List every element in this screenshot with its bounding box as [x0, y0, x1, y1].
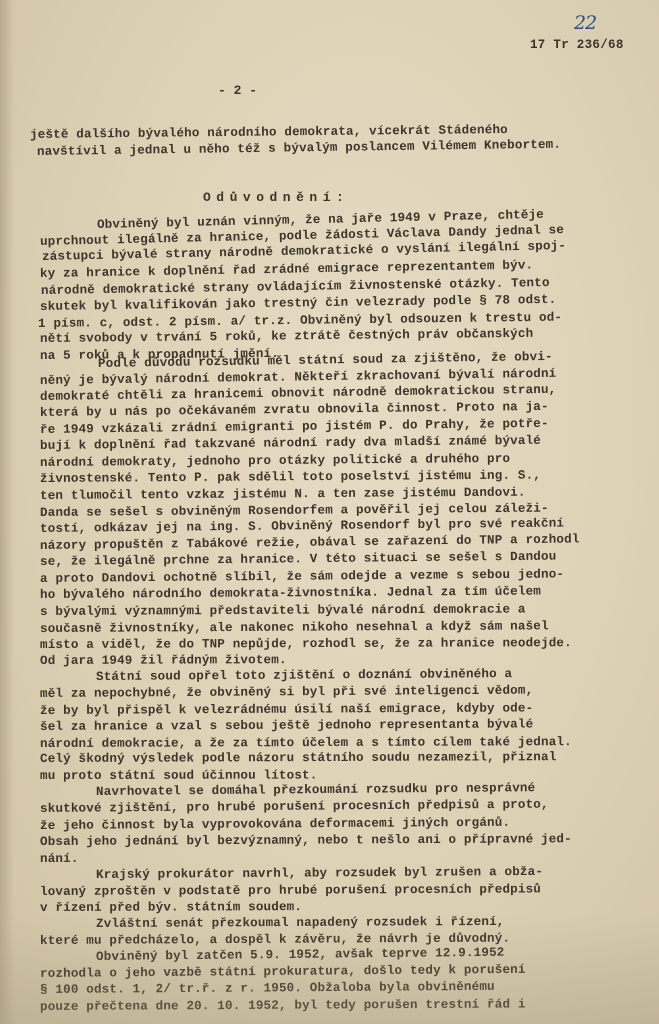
text-line: mu proto státní soud účinnou lítost. — [40, 769, 318, 783]
text-line: lovaný zproštěn v podstatě pro hrubé por… — [40, 882, 541, 899]
text-line: šel za hranice a vzal s sebou ještě jedn… — [40, 717, 533, 734]
file-reference: 17 Tr 236/68 — [530, 38, 624, 52]
text-line: živnostenské. Tento P. pak sdělil toto p… — [40, 469, 541, 486]
section-title: Odůvodnění: — [203, 190, 349, 205]
text-line: že by byl přispěl k velezrádnému úsilí n… — [40, 701, 533, 718]
text-line: Krajský prokurátor navrhl, aby rozsudek … — [96, 865, 543, 882]
handwritten-page-number: 22 — [574, 12, 596, 34]
text-line: nání. — [40, 852, 79, 866]
text-line: Celý škodný výsledek podle názoru státní… — [40, 750, 556, 766]
text-line: Obsah jeho jednání byl bezvýznamný, nebo… — [40, 832, 572, 849]
text-line: a proto Dandovi ochotně slíbil, že sám o… — [40, 567, 564, 586]
text-line: ten tlumočil tento vzkaz jistému N. a te… — [40, 486, 526, 503]
page-marker: - 2 - — [218, 83, 257, 98]
text-line: v řízení před býv. státním soudem. — [40, 900, 302, 915]
text-line: se, že ilegálně prchne za hranice. V tét… — [40, 550, 557, 569]
text-line: národní demokraty, jednoho pro otázky po… — [40, 452, 510, 470]
text-line: místo a viděl, že do TNP nepůjde, rozhod… — [40, 636, 572, 652]
document-page: 22 17 Tr 236/68 - 2 - Odůvodnění: ještě … — [0, 0, 659, 1024]
paper-fold-shadow — [0, 914, 659, 1024]
text-line: skutkové zjištění, pro hrubé porušení pr… — [40, 798, 549, 816]
text-line: národní demokracie, a že za tímto účelem… — [40, 735, 572, 751]
text-line: ho bývalého národního demokrata-živnostn… — [40, 585, 541, 602]
text-line: Navrhovatel se domáhal přezkoumání rozsu… — [96, 781, 535, 799]
page-edge-shadow — [0, 0, 14, 1024]
text-line: měl za nepochybné, že obviněný si byl př… — [40, 684, 533, 701]
text-line: Státní soud opřel toto zjištění o doznán… — [96, 667, 512, 684]
text-line: že jeho činnost byla vyprovokována defor… — [40, 816, 510, 833]
text-line: současně živnostníky, ale nakonec nikoho… — [40, 619, 549, 636]
text-line: s bývalými významnými představiteli býva… — [40, 602, 526, 619]
text-line: bují k doplnění řad takzvané národní rad… — [40, 434, 541, 453]
text-line: Od jara 1949 žil řádným životem. — [40, 653, 287, 668]
